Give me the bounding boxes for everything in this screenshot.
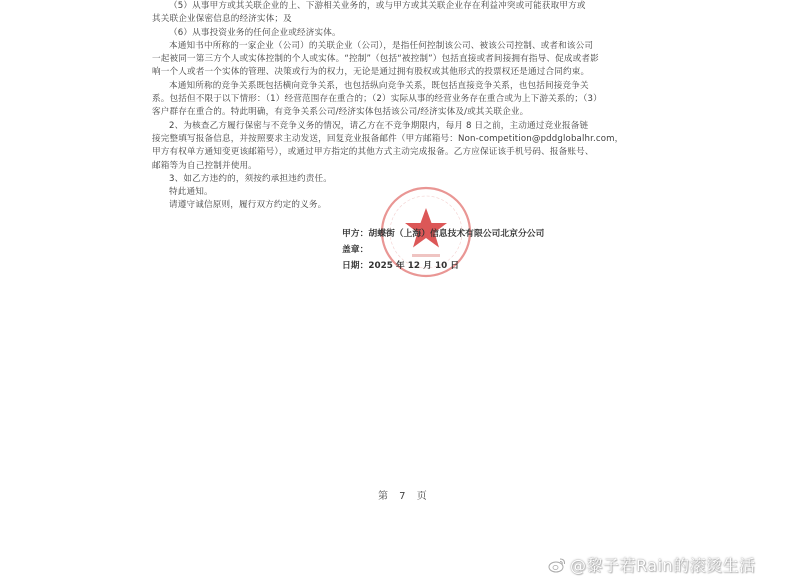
page-number: 第 7 页 <box>378 487 431 502</box>
watermark: @黎子若Rain的滚烫生活 <box>548 553 756 576</box>
weibo-logo-icon <box>548 557 566 573</box>
document-line: 客户群存在重合的。特此明确，有竞争关系公司/经济实体包括该公司/经济实体及/或其… <box>152 106 652 119</box>
signature-party-a: 甲方：胡蝶街（上海）信息技术有限公司北京分公司 <box>342 226 544 239</box>
document-line: （5）从事甲方或其关联企业的上、下游相关业务的，或与甲方或其关联企业存在利益冲突… <box>152 0 652 13</box>
document-line: 本通知所称的竞争关系既包括横向竞争关系，也包括纵向竞争关系，既包括直接竞争关系，… <box>152 80 652 93</box>
document-line: 2、为核查乙方履行保密与不竞争义务的情况，请乙方在不竞争期限内，每月 8 日之前… <box>152 120 652 133</box>
signature-seal-label: 盖章： <box>342 242 368 255</box>
document-line: 甲方有权单方通知变更该邮箱号），或通过甲方指定的其他方式主动完成报备。乙方应保证… <box>152 146 652 159</box>
document-line: 响一个人或者一个实体的管理、决策或行为的权力，无论是通过拥有股权或其他形式的投票… <box>152 66 652 79</box>
document-page: （5）从事甲方或其关联企业的上、下游相关业务的，或与甲方或其关联企业存在利益冲突… <box>0 0 800 584</box>
document-body: （5）从事甲方或其关联企业的上、下游相关业务的，或与甲方或其关联企业存在利益冲突… <box>152 0 652 213</box>
document-line: 系。包括但不限于以下情形：（1）经营范围存在重合的；（2）实际从事的经营业务存在… <box>152 93 652 106</box>
document-line: 接完整填写报备信息，并按照要求主动发送，回复竞业报备邮件（甲方邮箱号：Non-c… <box>152 133 652 146</box>
document-line: 其关联企业保密信息的经济实体；及 <box>152 13 652 26</box>
document-line: （6）从事投资业务的任何企业或经济实体。 <box>152 27 652 40</box>
watermark-text: @黎子若Rain的滚烫生活 <box>570 556 756 575</box>
document-line: 一起被同一第三方个人或实体控制的个人或实体。“控制”（包括“被控制”）包括直接或… <box>152 53 652 66</box>
signature-date: 日期：2025 年 12 月 10 日 <box>342 258 459 271</box>
document-line: 本通知书中所称的一家企业（公司）的关联企业（公司），是指任何控制该公司、被该公司… <box>152 40 652 53</box>
document-line: 邮箱等为自己控制并使用。 <box>152 160 652 173</box>
